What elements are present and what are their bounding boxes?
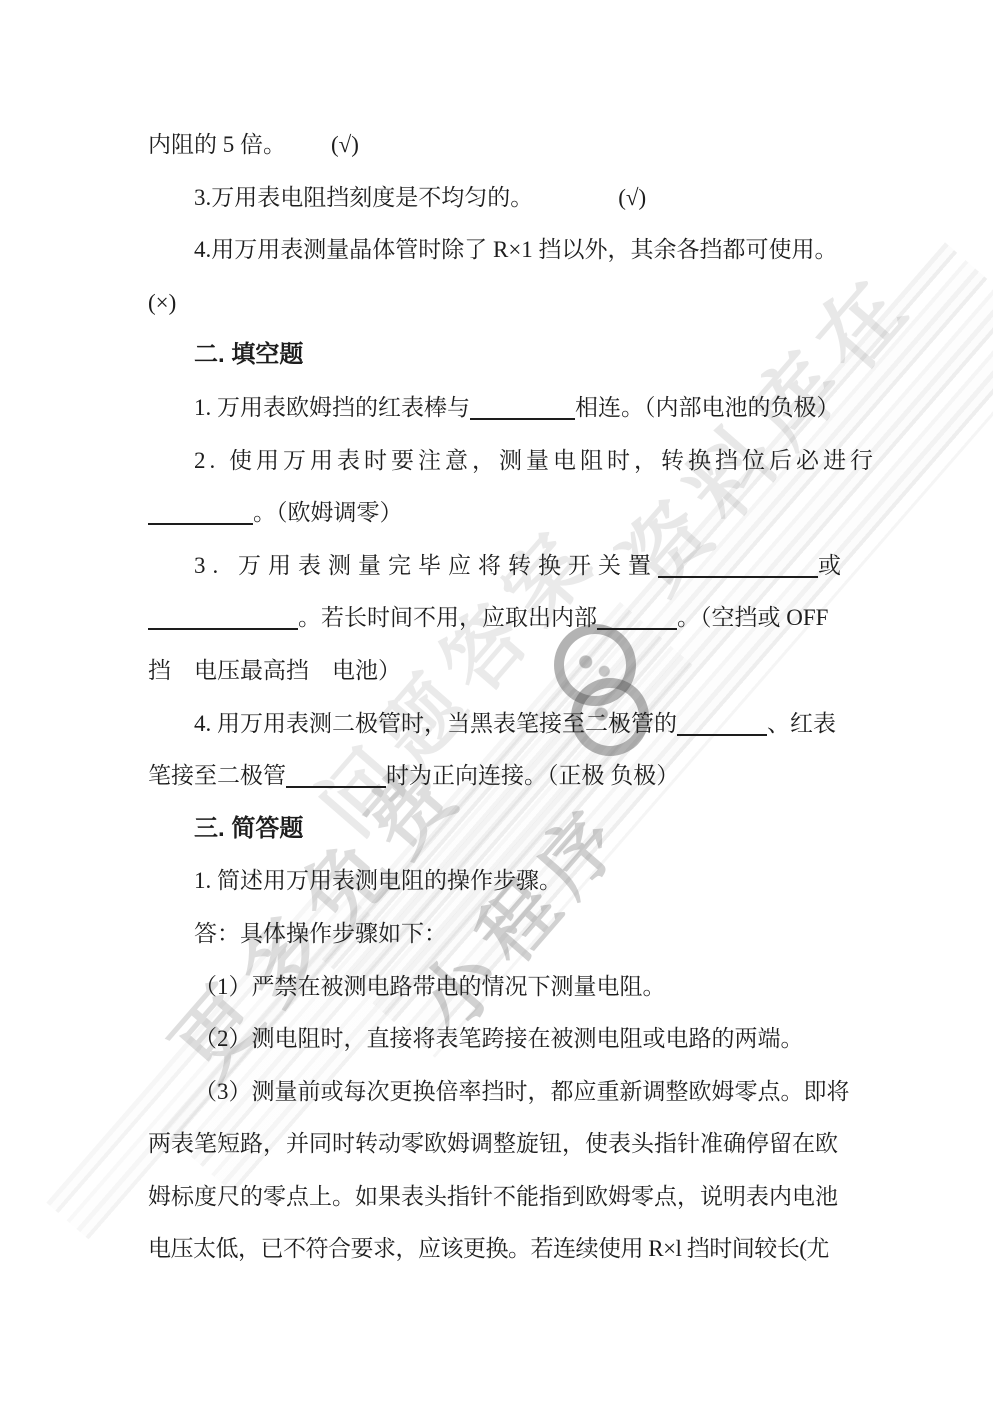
worksheet-page: 资料库在问题答案更多免费小程序 内阻的 5 倍。(√)3.万用表电阻挡刻度是不均… <box>0 0 993 1404</box>
text-run: 1. 万用表欧姆挡的红表棒与 <box>194 395 470 420</box>
section-3-heading: 三. 简答题 <box>148 803 908 856</box>
fill-item-3: 3. 万用表测量完毕应将转换开关置或 <box>148 540 908 593</box>
text-run: (√) <box>331 132 359 157</box>
fill-item-3-answers: 挡 电压最高挡 电池） <box>148 645 908 698</box>
spacer <box>286 151 331 152</box>
blank-underline <box>597 620 677 630</box>
text-run: 姆标度尺的零点上。如果表头指针不能指到欧姆零点，说明表内电池 <box>148 1184 838 1209</box>
text-run: 二. 填空题 <box>194 341 303 368</box>
text-run: 时为正向连接。（正极 负极） <box>386 763 679 788</box>
text-run: （3）测量前或每次更换倍率挡时，都应重新调整欧姆零点。即将 <box>194 1079 850 1104</box>
text-run: 。（欧姆调零） <box>253 500 403 525</box>
tf-item-4-answer: (×) <box>148 277 908 330</box>
text-run: (×) <box>148 290 176 315</box>
text-run: 。（空挡或 OFF <box>677 605 828 630</box>
text-run: （1）严禁在被测电路带电的情况下测量电阻。 <box>194 974 666 999</box>
tf-answer-2-tail: 内阻的 5 倍。(√) <box>148 119 908 172</box>
sa-item-1-step-3-cont-3: 电压太低，已不符合要求，应该更换。若连续使用 R×l 挡时间较长(尤 <box>148 1223 908 1276</box>
text-run: (√) <box>618 185 646 210</box>
text-run: 挡 电压最高挡 电池） <box>148 658 401 683</box>
text-run: 笔接至二极管 <box>148 763 286 788</box>
text-run: 。若长时间不用，应取出内部 <box>298 605 597 630</box>
text-run: 或 <box>818 553 848 578</box>
fill-item-3-cont: 。若长时间不用，应取出内部。（空挡或 OFF <box>148 592 908 645</box>
fill-item-4: 4. 用万用表测二极管时，当黑表笔接至二极管的、红表 <box>148 698 908 751</box>
text-run: 三. 简答题 <box>194 815 303 842</box>
blank-underline <box>677 726 767 736</box>
text-run: 电压太低，已不符合要求，应该更换。若连续使用 R×l 挡时间较长(尤 <box>148 1236 829 1261</box>
tf-item-4: 4.用万用表测量晶体管时除了 R×1 挡以外，其余各挡都可使用。 <box>148 224 908 277</box>
sa-item-1-answer-lead: 答：具体操作步骤如下： <box>148 908 908 961</box>
text-run: 2. 使用万用表时要注意，测量电阻时，转换挡位后必进行 <box>194 448 877 473</box>
section-2-heading: 二. 填空题 <box>148 329 908 382</box>
fill-item-1: 1. 万用表欧姆挡的红表棒与相连。（内部电池的负极） <box>148 382 908 435</box>
text-run: （2）测电阻时，直接将表笔跨接在被测电阻或电路的两端。 <box>194 1026 804 1051</box>
fill-item-2: 2. 使用万用表时要注意，测量电阻时，转换挡位后必进行 <box>148 435 908 488</box>
text-run: 3. 万用表测量完毕应将转换开关置 <box>194 553 658 578</box>
text-run: 3.万用表电阻挡刻度是不均匀的。 <box>194 185 533 210</box>
blank-underline <box>470 410 575 420</box>
text-run: 相连。（内部电池的负极） <box>575 395 840 420</box>
text-run: 两表笔短路，并同时转动零欧姆调整旋钮，使表头指针准确停留在欧 <box>148 1131 838 1156</box>
text-run: 答：具体操作步骤如下： <box>194 921 447 946</box>
fill-item-4-cont: 笔接至二极管时为正向连接。（正极 负极） <box>148 750 908 803</box>
blank-underline <box>148 515 253 525</box>
blank-underline <box>286 778 386 788</box>
sa-item-1-step-3: （3）测量前或每次更换倍率挡时，都应重新调整欧姆零点。即将 <box>148 1066 908 1119</box>
text-run: 、红表 <box>767 711 836 736</box>
sa-item-1: 1. 简述用万用表测电阻的操作步骤。 <box>148 855 908 908</box>
sa-item-1-step-2: （2）测电阻时，直接将表笔跨接在被测电阻或电路的两端。 <box>148 1013 908 1066</box>
tf-item-3: 3.万用表电阻挡刻度是不均匀的。(√) <box>148 172 908 225</box>
sa-item-1-step-3-cont-2: 姆标度尺的零点上。如果表头指针不能指到欧姆零点，说明表内电池 <box>148 1171 908 1224</box>
text-run: 内阻的 5 倍。 <box>148 132 286 157</box>
spacer <box>533 204 618 205</box>
text-run: 4.用万用表测量晶体管时除了 R×1 挡以外，其余各挡都可使用。 <box>194 237 838 262</box>
text-run: 4. 用万用表测二极管时，当黑表笔接至二极管的 <box>194 711 677 736</box>
sa-item-1-step-3-cont-1: 两表笔短路，并同时转动零欧姆调整旋钮，使表头指针准确停留在欧 <box>148 1118 908 1171</box>
sa-item-1-step-1: （1）严禁在被测电路带电的情况下测量电阻。 <box>148 961 908 1014</box>
blank-underline <box>658 568 818 578</box>
document-body: 内阻的 5 倍。(√)3.万用表电阻挡刻度是不均匀的。(√)4.用万用表测量晶体… <box>148 119 908 1276</box>
text-run: 1. 简述用万用表测电阻的操作步骤。 <box>194 868 562 893</box>
blank-underline <box>148 620 298 630</box>
fill-item-2-cont: 。（欧姆调零） <box>148 487 908 540</box>
